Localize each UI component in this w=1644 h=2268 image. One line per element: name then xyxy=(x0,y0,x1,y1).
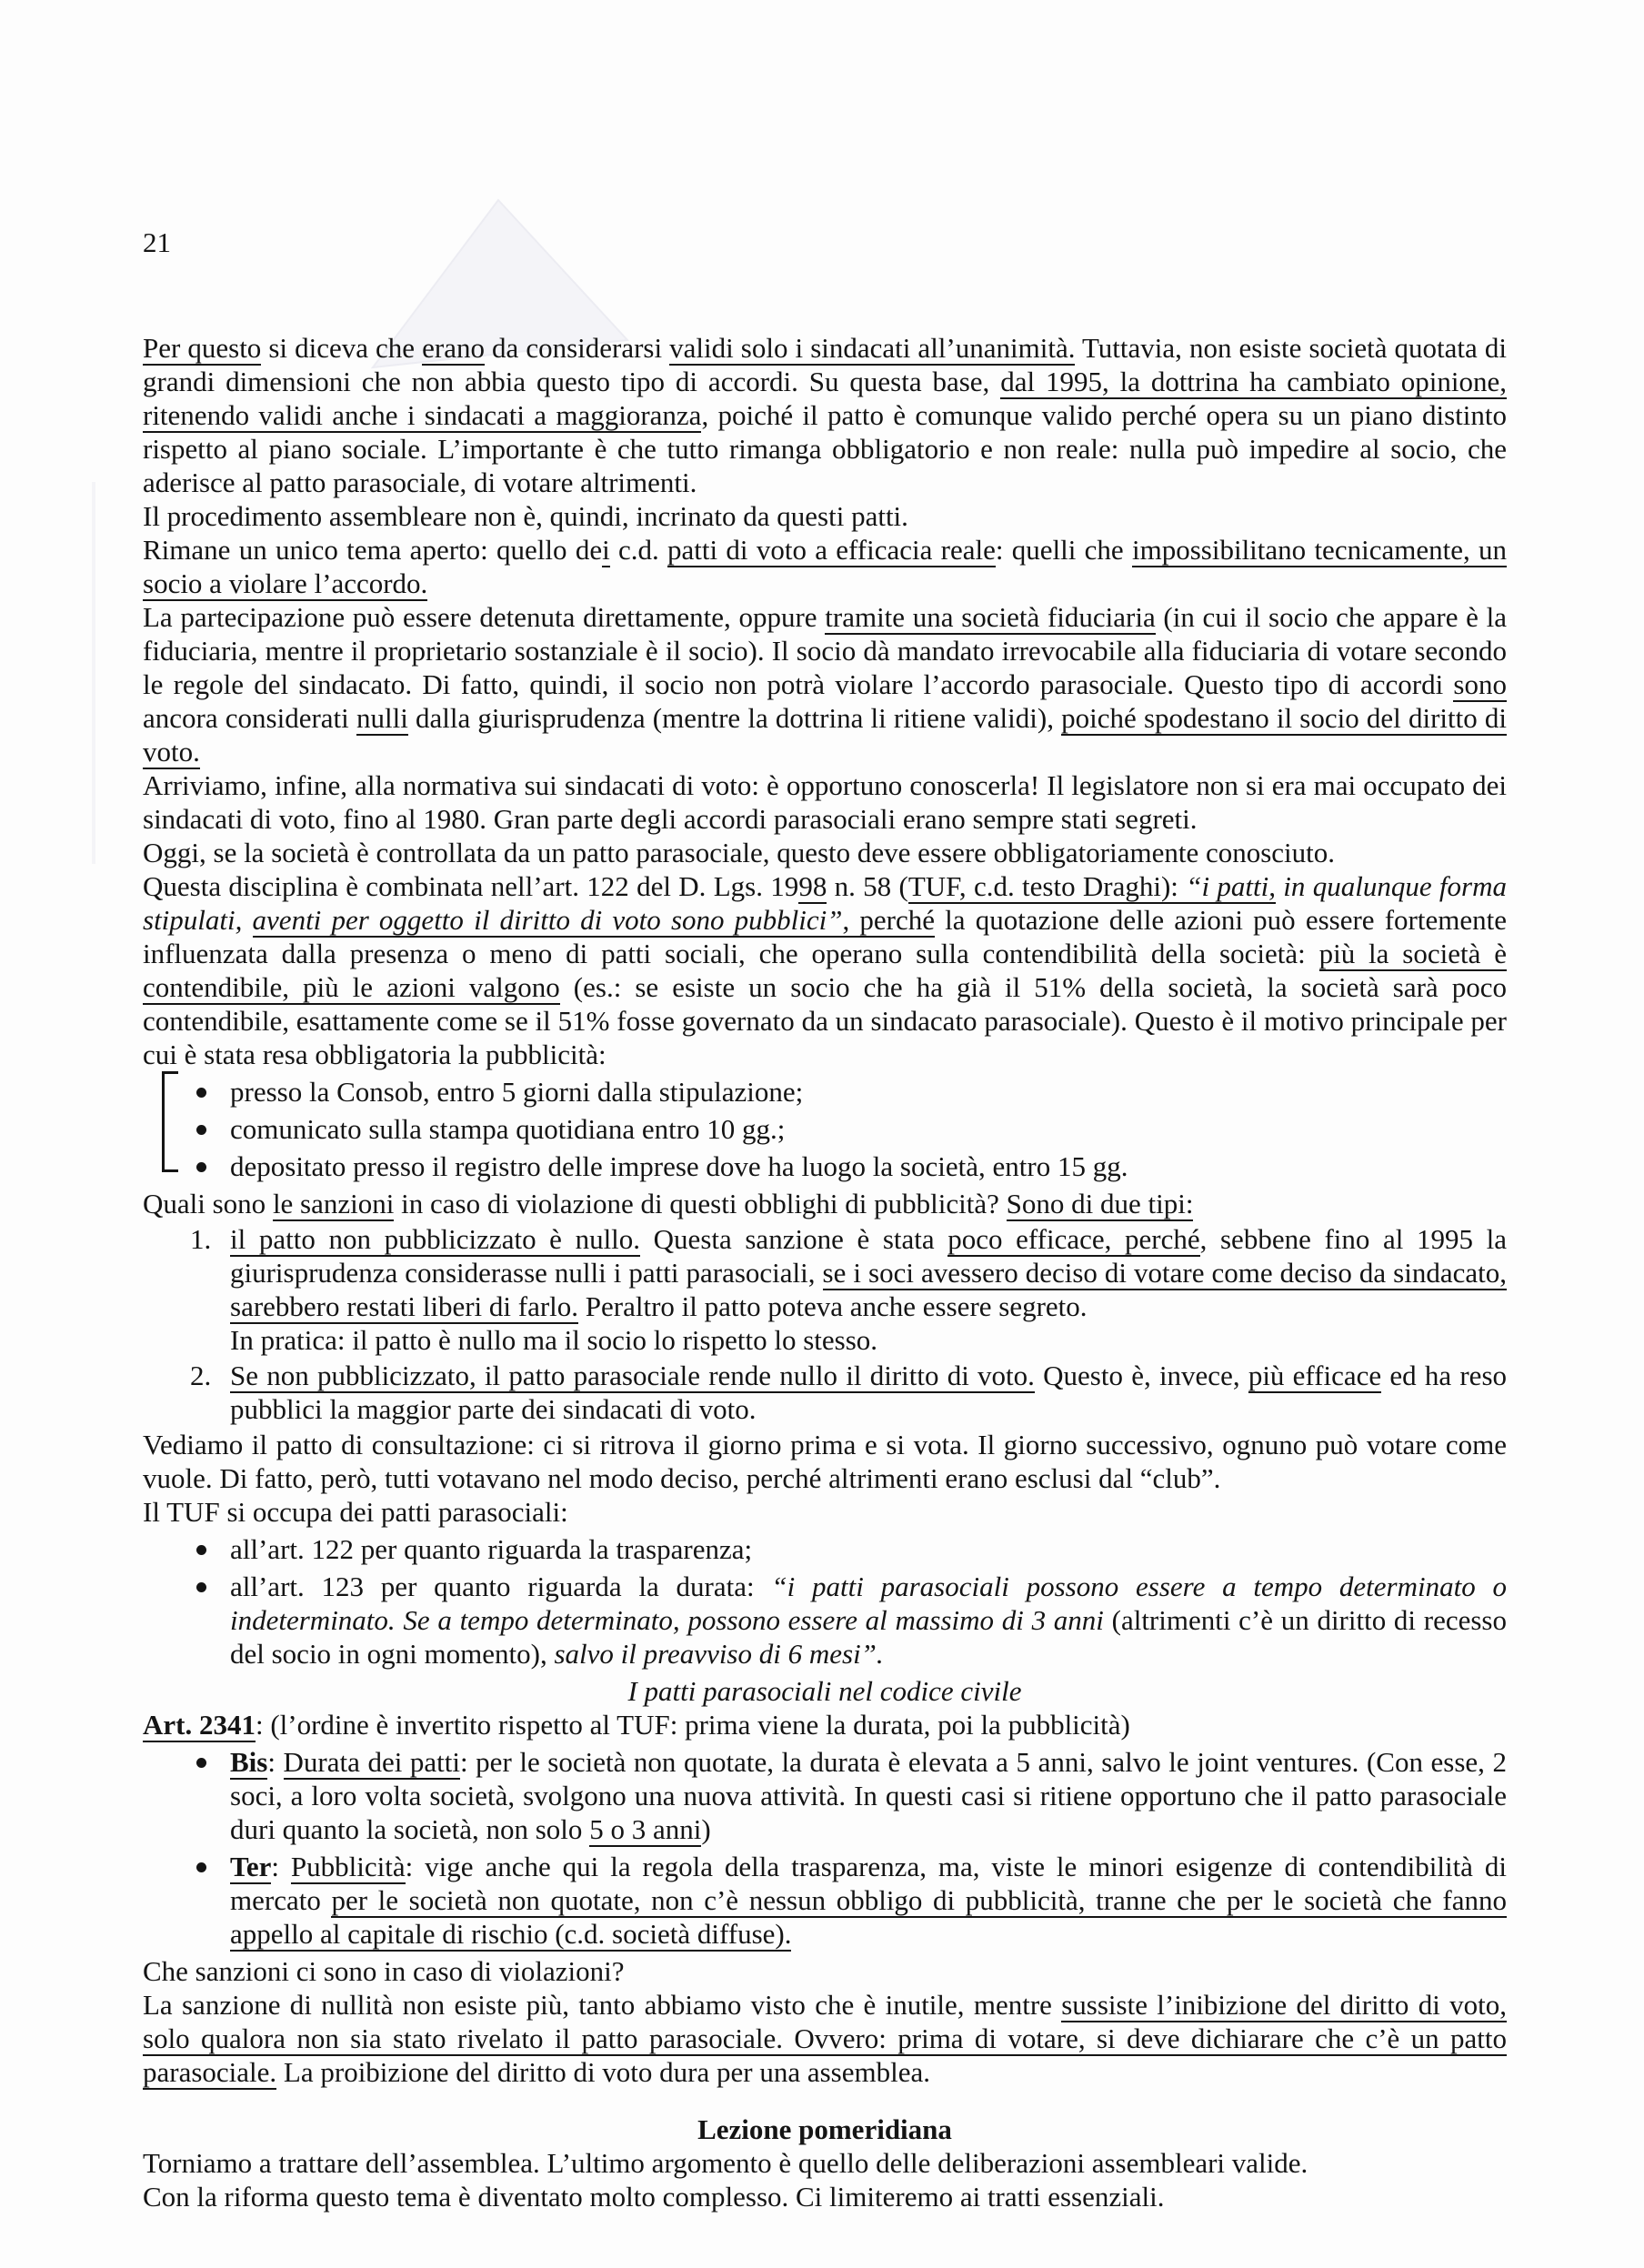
text-segment: Se non pubblicizzato, il patto parasocia… xyxy=(230,1360,1035,1393)
paragraph: Arriviamo, infine, alla normativa sui si… xyxy=(143,768,1507,836)
text-segment: Il TUF si occupa dei patti parasociali: xyxy=(143,1496,568,1528)
paragraph: Il TUF si occupa dei patti parasociali: xyxy=(143,1495,1507,1529)
text-segment: i xyxy=(602,534,610,567)
text-segment: Quali sono xyxy=(143,1188,273,1219)
text-segment: il patto non pubblicizzato è nullo. xyxy=(230,1223,640,1257)
bullet-list: Bis: Durata dei patti: per le società no… xyxy=(143,1745,1507,1951)
bullet-item: presso la Consob, entro 5 giorni dalla s… xyxy=(143,1075,1507,1109)
text-segment: Lezione pomeridiana xyxy=(697,2113,952,2145)
text-segment: Ter xyxy=(230,1851,271,1884)
text-segment: , perché xyxy=(843,904,936,938)
numbered-item: 2.Se non pubblicizzato, il patto parasoc… xyxy=(143,1359,1507,1426)
paragraph: Torniamo a trattare dell’assemblea. L’ul… xyxy=(143,2146,1507,2180)
text-segment: sono xyxy=(1453,668,1507,702)
text-segment: in caso di violazione di questi obblighi… xyxy=(394,1188,1006,1219)
text-segment: ) xyxy=(701,1813,710,1845)
text-segment: Questa disciplina è combinata nell’art. … xyxy=(143,870,798,902)
bullet-icon xyxy=(196,1545,206,1555)
text-segment: Pubblicità xyxy=(291,1851,406,1884)
text-segment: depositato presso il registro delle impr… xyxy=(230,1150,1128,1182)
paragraph: Questa disciplina è combinata nell’art. … xyxy=(143,869,1507,1071)
paragraph: La sanzione di nullità non esiste più, t… xyxy=(143,1988,1507,2089)
text-segment: Durata dei patti xyxy=(284,1746,460,1780)
text-segment: tramite una società fiduciaria xyxy=(825,601,1155,635)
text-segment: : xyxy=(267,1746,283,1778)
text-segment: erano xyxy=(422,332,485,366)
text-segment: 98 xyxy=(798,870,827,904)
text-segment: c.d. xyxy=(610,534,667,566)
text-segment: I patti parasociali nel codice civile xyxy=(627,1675,1021,1707)
text-segment: comunicato sulla stampa quotidiana entro… xyxy=(230,1113,785,1145)
text-segment: all’art. 123 per quanto riguarda la dura… xyxy=(230,1571,771,1602)
text-segment: all’art. 122 per quanto riguarda la tras… xyxy=(230,1533,752,1565)
paragraph: Art. 2341: (l’ordine è invertito rispett… xyxy=(143,1708,1507,1741)
paragraph: Con la riforma questo tema è diventato m… xyxy=(143,2180,1507,2213)
text-segment: le sanzioni xyxy=(273,1188,394,1221)
section-heading: Lezione pomeridiana xyxy=(143,2112,1507,2146)
bullet-item: all’art. 123 per quanto riguarda la dura… xyxy=(143,1570,1507,1671)
bullet-icon xyxy=(196,1758,206,1768)
text-segment: 5 o 3 anni xyxy=(589,1813,701,1847)
text-segment: da considerarsi xyxy=(485,332,669,364)
item-number: 1. xyxy=(190,1222,211,1256)
text-segment: Arriviamo, infine, alla normativa sui si… xyxy=(143,769,1507,835)
text-segment: Questa sanzione è stata xyxy=(640,1223,947,1255)
text-segment: più efficace xyxy=(1248,1360,1381,1393)
bullet-icon xyxy=(196,1088,206,1098)
text-segment: Oggi, se la società è controllata da un … xyxy=(143,837,1335,868)
text-segment: : (l’ordine è invertito rispetto al TUF:… xyxy=(256,1709,1130,1741)
text-segment: Il procedimento assembleare non è, quind… xyxy=(143,500,908,532)
item-paragraph: il patto non pubblicizzato è nullo. Ques… xyxy=(230,1222,1507,1323)
text-segment: Art. 2341 xyxy=(143,1709,256,1742)
text-segment: Questo è, invece, xyxy=(1035,1360,1248,1391)
paragraph: Per questo si diceva che erano da consid… xyxy=(143,331,1507,499)
spacer xyxy=(143,2089,1507,2112)
text-segment: nulli xyxy=(356,702,408,736)
text-segment: n. 58 ( xyxy=(827,870,908,902)
text-segment: dalla giurisprudenza (mentre la dottrina… xyxy=(408,702,1061,734)
text-segment: aventi per oggetto il diritto di voto so… xyxy=(253,904,843,938)
bullet-icon xyxy=(196,1162,206,1172)
numbered-item: 1.il patto non pubblicizzato è nullo. Qu… xyxy=(143,1222,1507,1357)
paragraph: Quali sono le sanzioni in caso di violaz… xyxy=(143,1187,1507,1220)
text-segment: In pratica: il patto è nullo ma il socio… xyxy=(230,1324,877,1356)
paragraph: Vediamo il patto di consultazione: ci si… xyxy=(143,1428,1507,1495)
text-segment: si diceva che xyxy=(261,332,422,364)
text-segment: ancora considerati xyxy=(143,702,356,734)
bullet-item: Bis: Durata dei patti: per le società no… xyxy=(143,1745,1507,1846)
bullet-item: Ter: Pubblicità: vige anche qui la regol… xyxy=(143,1850,1507,1951)
text-segment: Per questo xyxy=(143,332,261,366)
bullet-icon xyxy=(196,1125,206,1135)
text-segment: TUF, c.d. testo Draghi): xyxy=(908,870,1186,904)
text-segment: “i patti, xyxy=(1186,870,1276,904)
item-number: 2. xyxy=(190,1359,211,1392)
text-segment: Torniamo a trattare dell’assemblea. L’ul… xyxy=(143,2147,1308,2179)
text-segment: : quelli che xyxy=(996,534,1132,566)
text-segment: per le società non quotate, non c’è ness… xyxy=(230,1884,1507,1952)
paragraph: La partecipazione può essere detenuta di… xyxy=(143,600,1507,768)
text-segment: presso la Consob, entro 5 giorni dalla s… xyxy=(230,1076,803,1108)
bullet-item: comunicato sulla stampa quotidiana entro… xyxy=(143,1112,1507,1146)
section-heading: I patti parasociali nel codice civile xyxy=(143,1674,1507,1708)
paragraph: Oggi, se la società è controllata da un … xyxy=(143,836,1507,869)
bullet-list: presso la Consob, entro 5 giorni dalla s… xyxy=(143,1075,1507,1183)
page-number: 21 xyxy=(143,226,171,259)
text-segment: salvo il preavviso di 6 mesi”. xyxy=(554,1638,883,1670)
document-page: 21 Per questo si diceva che erano da con… xyxy=(0,0,1644,2268)
text-segment: Vediamo il patto di consultazione: ci si… xyxy=(143,1429,1507,1494)
bullet-list: all’art. 122 per quanto riguarda la tras… xyxy=(143,1532,1507,1671)
text-segment: : xyxy=(271,1851,291,1882)
bullet-item: depositato presso il registro delle impr… xyxy=(143,1149,1507,1183)
text-segment: Con la riforma questo tema è diventato m… xyxy=(143,2181,1164,2213)
item-paragraph: In pratica: il patto è nullo ma il socio… xyxy=(230,1323,1507,1357)
text-segment: validi solo i sindacati all’unanimità. xyxy=(669,332,1075,366)
scan-artifact-line xyxy=(92,482,95,864)
text-segment: Rimane un unico tema aperto: quello de xyxy=(143,534,602,566)
text-segment: Che sanzioni ci sono in caso di violazio… xyxy=(143,1955,624,1987)
paragraph: Rimane un unico tema aperto: quello dei … xyxy=(143,533,1507,600)
text-segment: poco efficace, perché xyxy=(947,1223,1199,1257)
bullet-icon xyxy=(196,1582,206,1592)
text-segment: patti di voto a efficacia reale xyxy=(667,534,996,567)
text-segment: Peraltro il patto poteva anche essere se… xyxy=(578,1290,1088,1322)
item-paragraph: Se non pubblicizzato, il patto parasocia… xyxy=(230,1359,1507,1426)
bullet-icon xyxy=(196,1862,206,1872)
document-blocks: Per questo si diceva che erano da consid… xyxy=(143,331,1507,2213)
text-segment: Sono di due tipi: xyxy=(1007,1188,1194,1221)
text-segment: La proibizione del diritto di voto dura … xyxy=(276,2056,930,2088)
numbered-list: 1.il patto non pubblicizzato è nullo. Qu… xyxy=(143,1222,1507,1426)
paragraph: Il procedimento assembleare non è, quind… xyxy=(143,499,1507,533)
text-segment: Bis xyxy=(230,1746,267,1780)
paragraph: Che sanzioni ci sono in caso di violazio… xyxy=(143,1954,1507,1988)
text-segment: La sanzione di nullità non esiste più, t… xyxy=(143,1989,1061,2021)
bullet-item: all’art. 122 per quanto riguarda la tras… xyxy=(143,1532,1507,1566)
text-segment: La partecipazione può essere detenuta di… xyxy=(143,601,825,633)
